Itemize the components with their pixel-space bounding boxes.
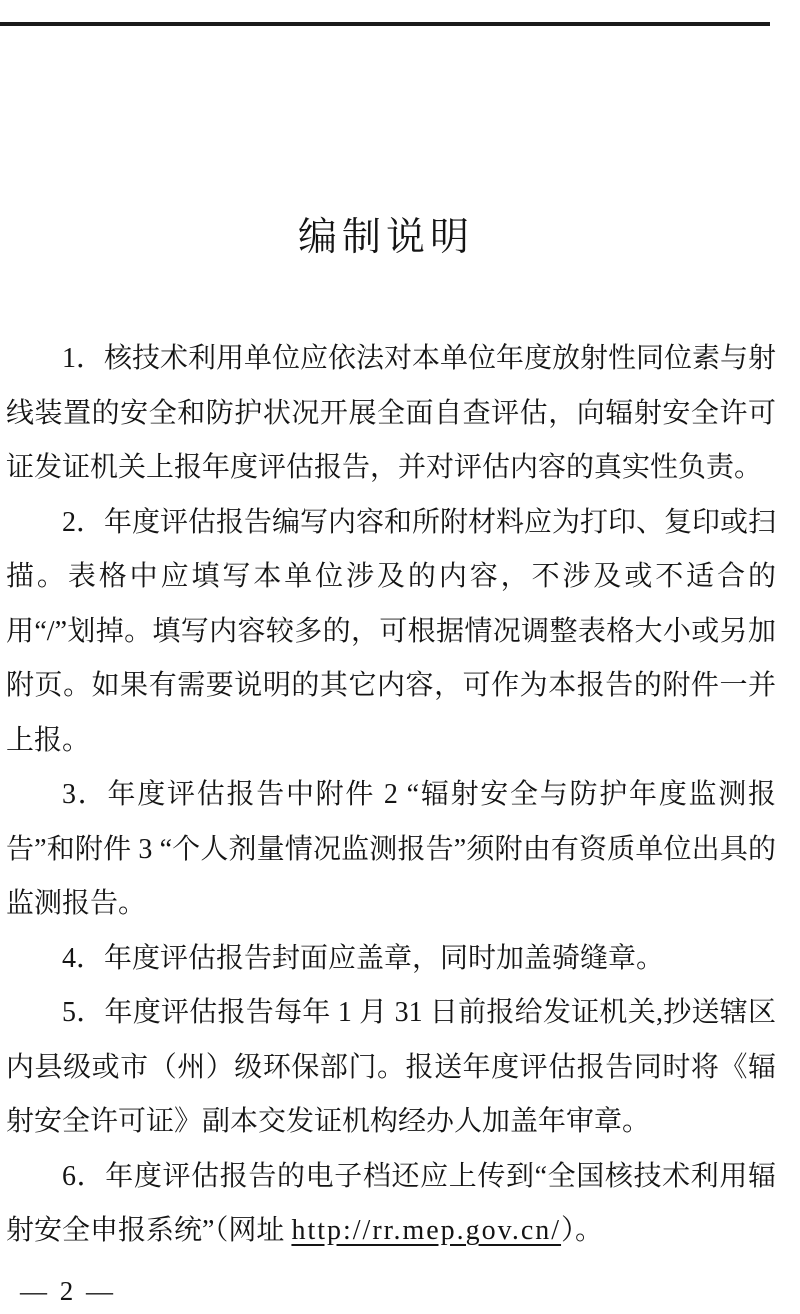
- paragraph: 6．年度评估报告的电子档还应上传到“全国核技术利用辐射安全申报系统”（网址 ht…: [6, 1150, 776, 1259]
- page-number: — 2 —: [20, 1276, 116, 1307]
- document-page: 编制说明 1．核技术利用单位应依法对本单位年度放射性同位素与射线装置的安全和防护…: [0, 0, 800, 1314]
- paragraph: 1．核技术利用单位应依法对本单位年度放射性同位素与射线装置的安全和防护状况开展全…: [6, 332, 776, 496]
- paragraph-text: 1．核技术利用单位应依法对本单位年度放射性同位素与射线装置的安全和防护状况开展全…: [6, 343, 776, 483]
- paragraph: 2．年度评估报告编写内容和所附材料应为打印、复印或扫描。表格中应填写本单位涉及的…: [6, 496, 776, 769]
- paragraph: 3．年度评估报告中附件 2 “辐射安全与防护年度监测报告”和附件 3 “个人剂量…: [6, 768, 776, 932]
- report-system-url[interactable]: http://rr.mep.gov.cn/: [291, 1215, 561, 1246]
- paragraph: 4．年度评估报告封面应盖章，同时加盖骑缝章。: [6, 932, 776, 987]
- document-body: 1．核技术利用单位应依法对本单位年度放射性同位素与射线装置的安全和防护状况开展全…: [6, 332, 776, 1259]
- paragraph: 5．年度评估报告每年 1 月 31 日前报给发证机关,抄送辖区内县级或市（州）级…: [6, 986, 776, 1150]
- header-rule: [0, 22, 770, 26]
- paragraph-text: 2．年度评估报告编写内容和所附材料应为打印、复印或扫描。表格中应填写本单位涉及的…: [6, 507, 776, 756]
- paragraph-text: ）。: [561, 1215, 603, 1246]
- page-title: 编制说明: [0, 206, 772, 262]
- paragraph-text: 5．年度评估报告每年 1 月 31 日前报给发证机关,抄送辖区内县级或市（州）级…: [6, 997, 776, 1137]
- paragraph-text: 4．年度评估报告封面应盖章，同时加盖骑缝章。: [62, 943, 664, 974]
- paragraph-text: 3．年度评估报告中附件 2 “辐射安全与防护年度监测报告”和附件 3 “个人剂量…: [6, 779, 776, 919]
